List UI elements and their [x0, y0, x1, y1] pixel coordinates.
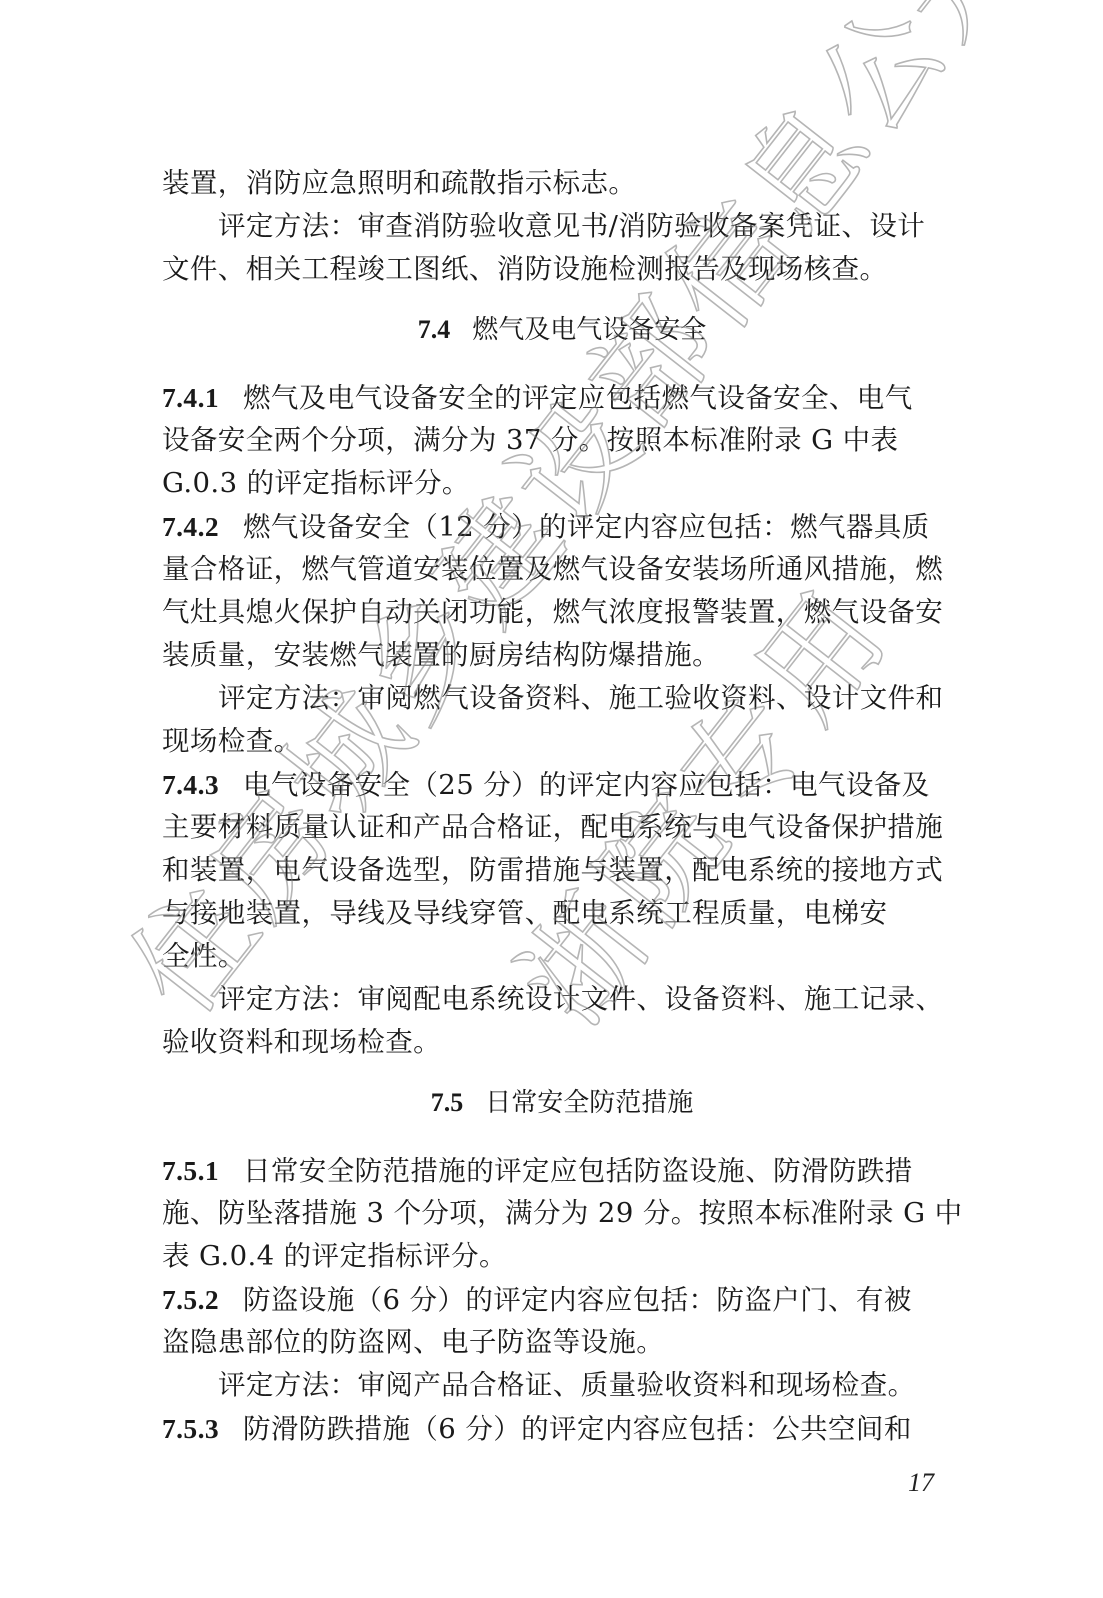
- clause-number: 7.5.2: [162, 1284, 219, 1315]
- evaluation-method-line: 评定方法：审查消防验收意见书/消防验收备案凭证、设计: [162, 205, 962, 248]
- evaluation-method-line: 评定方法：审阅产品合格证、质量验收资料和现场检查。: [162, 1364, 962, 1407]
- section-number: 7.5: [431, 1088, 464, 1117]
- body-text-line: 量合格证，燃气管道安装位置及燃气设备安装场所通风措施，燃: [162, 548, 962, 591]
- section-number: 7.4: [418, 315, 451, 344]
- clause-7-4-3: 7.4.3电气设备安全（25 分）的评定内容应包括：电气设备及: [162, 763, 962, 806]
- section-heading-7-4: 7.4燃气及电气设备安全: [162, 308, 962, 351]
- body-text-line: 气灶具熄火保护自动关闭功能，燃气浓度报警装置，燃气设备安: [162, 591, 962, 634]
- body-text-line: 装质量，安装燃气装置的厨房结构防爆措施。: [162, 634, 962, 677]
- clause-7-4-1: 7.4.1燃气及电气设备安全的评定应包括燃气设备安全、电气: [162, 376, 962, 419]
- clause-text: 日常安全防范措施的评定应包括防盗设施、防滑防跌措: [243, 1155, 913, 1187]
- body-text-line: 表 G.0.4 的评定指标评分。: [162, 1235, 962, 1278]
- body-text-line: 施、防坠落措施 3 个分项，满分为 29 分。按照本标准附录 G 中: [162, 1192, 962, 1235]
- body-text-line: 与接地装置，导线及导线穿管、配电系统工程质量，电梯安: [162, 892, 962, 935]
- section-heading-7-5: 7.5日常安全防范措施: [162, 1081, 962, 1124]
- body-text-line: G.0.3 的评定指标评分。: [162, 462, 962, 505]
- document-page: 装置，消防应急照明和疏散指示标志。 评定方法：审查消防验收意见书/消防验收备案凭…: [162, 162, 962, 1450]
- clause-text: 防盗设施（6 分）的评定内容应包括：防盗户门、有被: [243, 1284, 912, 1316]
- clause-text: 燃气设备安全（12 分）的评定内容应包括：燃气器具质: [243, 511, 930, 543]
- clause-number: 7.5.1: [162, 1155, 219, 1186]
- clause-number: 7.4.2: [162, 511, 219, 542]
- section-title: 日常安全防范措施: [485, 1088, 693, 1118]
- section-title: 燃气及电气设备安全: [472, 315, 706, 345]
- body-text-line: 现场检查。: [162, 720, 962, 763]
- clause-text: 电气设备安全（25 分）的评定内容应包括：电气设备及: [243, 769, 930, 801]
- body-text-line: 验收资料和现场检查。: [162, 1021, 962, 1064]
- body-text-line: 和装置，电气设备选型，防雷措施与装置，配电系统的接地方式: [162, 849, 962, 892]
- clause-text: 防滑防跌措施（6 分）的评定内容应包括：公共空间和: [243, 1413, 912, 1445]
- body-text-line: 装置，消防应急照明和疏散指示标志。: [162, 162, 962, 205]
- clause-7-4-2: 7.4.2燃气设备安全（12 分）的评定内容应包括：燃气器具质: [162, 505, 962, 548]
- body-text-line: 全性。: [162, 935, 962, 978]
- clause-number: 7.4.1: [162, 382, 219, 413]
- body-text-line: 盗隐患部位的防盗网、电子防盗等设施。: [162, 1321, 962, 1364]
- clause-7-5-2: 7.5.2防盗设施（6 分）的评定内容应包括：防盗户门、有被: [162, 1278, 962, 1321]
- clause-text: 燃气及电气设备安全的评定应包括燃气设备安全、电气: [243, 382, 913, 414]
- body-text-line: 主要材料质量认证和产品合格证，配电系统与电气设备保护措施: [162, 806, 962, 849]
- body-text-line: 设备安全两个分项，满分为 37 分。按照本标准附录 G 中表: [162, 419, 962, 462]
- clause-number: 7.4.3: [162, 769, 219, 800]
- clause-7-5-1: 7.5.1日常安全防范措施的评定应包括防盗设施、防滑防跌措: [162, 1149, 962, 1192]
- body-text-line: 文件、相关工程竣工图纸、消防设施检测报告及现场核查。: [162, 248, 962, 291]
- evaluation-method-line: 评定方法：审阅燃气设备资料、施工验收资料、设计文件和: [162, 677, 962, 720]
- clause-7-5-3: 7.5.3防滑防跌措施（6 分）的评定内容应包括：公共空间和: [162, 1407, 962, 1450]
- clause-number: 7.5.3: [162, 1413, 219, 1444]
- evaluation-method-line: 评定方法：审阅配电系统设计文件、设备资料、施工记录、: [162, 978, 962, 1021]
- page-number: 17: [908, 1468, 934, 1498]
